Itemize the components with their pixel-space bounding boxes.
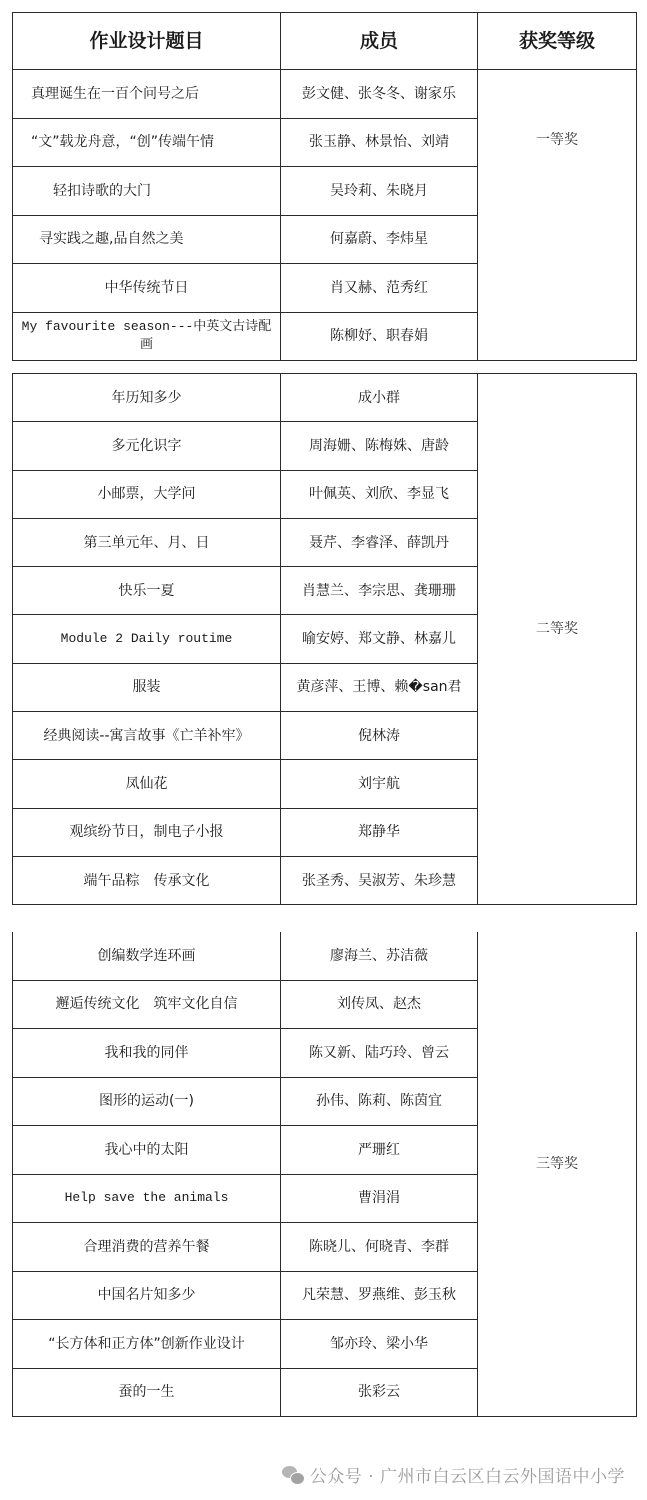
row-members: 聂芹、李睿泽、薛凯丹 [281, 518, 478, 566]
table-row: 创编数学连环画 廖海兰、苏洁薇 三等奖 [13, 932, 637, 980]
row-members: 叶佩英、刘欣、李显飞 [281, 470, 478, 518]
wechat-icon [282, 1466, 304, 1484]
row-members: 陈柳妤、职春娟 [281, 312, 478, 361]
row-members: 喻安婷、郑文静、林嘉儿 [281, 615, 478, 663]
table-row: 年历知多少 成小群 二等奖 [13, 374, 637, 422]
row-title: 真理诞生在一百个问号之后 [13, 70, 281, 119]
row-members: 曹涓涓 [281, 1174, 478, 1223]
row-title: 图形的运动(一) [13, 1077, 281, 1126]
awards-table-second-prize: 年历知多少 成小群 二等奖 多元化识字 周海姗、陈梅姝、唐龄 小邮票，大学问 叶… [12, 373, 637, 905]
row-title: 观缤纷节日，制电子小报 [13, 808, 281, 856]
row-title: “文”载龙舟意，“创”传端午情 [13, 118, 281, 167]
row-members: 邹亦玲、梁小华 [281, 1320, 478, 1369]
row-members: 陈晓儿、何晓青、李群 [281, 1223, 478, 1272]
row-members: 陈又新、陆巧玲、曾云 [281, 1029, 478, 1078]
row-members: 张玉静、林景怡、刘靖 [281, 118, 478, 167]
row-title: 多元化识字 [13, 422, 281, 470]
row-members: 何嘉蔚、李炜星 [281, 215, 478, 264]
row-title: 邂逅传统文化 筑牢文化自信 [13, 980, 281, 1029]
row-members: 刘宇航 [281, 760, 478, 808]
header-members: 成员 [281, 13, 478, 70]
row-members: 凡荣慧、罗燕维、彭玉秋 [281, 1271, 478, 1320]
wechat-account-watermark: 公众号 · 广州市白云区白云外国语中小学 [282, 1462, 625, 1487]
award-level: 三等奖 [478, 932, 637, 1417]
row-members: 周海姗、陈梅姝、唐龄 [281, 422, 478, 470]
table-header-row: 作业设计题目 成员 获奖等级 [13, 13, 637, 70]
row-title: 凤仙花 [13, 760, 281, 808]
row-title: 年历知多少 [13, 374, 281, 422]
row-members: 郑静华 [281, 808, 478, 856]
row-members: 肖又赫、范秀红 [281, 264, 478, 313]
row-members: 张圣秀、吴淑芳、朱珍慧 [281, 856, 478, 904]
row-title: Help save the animals [13, 1174, 281, 1223]
row-title: Module 2 Daily routime [13, 615, 281, 663]
row-members: 倪林涛 [281, 712, 478, 760]
row-members: 严珊红 [281, 1126, 478, 1175]
row-title: 第三单元年、月、日 [13, 518, 281, 566]
header-title: 作业设计题目 [13, 13, 281, 70]
awards-table-first-prize: 作业设计题目 成员 获奖等级 真理诞生在一百个问号之后 彭文健、张冬冬、谢家乐 … [12, 12, 637, 361]
row-members: 张彩云 [281, 1368, 478, 1417]
award-level: 一等奖 [478, 70, 637, 361]
footer-text: 公众号 · 广州市白云区白云外国语中小学 [310, 1462, 625, 1487]
row-title: My favourite season---中英文古诗配画 [13, 312, 281, 361]
table-row: 真理诞生在一百个问号之后 彭文健、张冬冬、谢家乐 一等奖 [13, 70, 637, 119]
row-members: 黄彦萍、王博、赖�san君 [281, 663, 478, 711]
row-members: 刘传凤、赵杰 [281, 980, 478, 1029]
row-title: 服装 [13, 663, 281, 711]
row-title: 寻实践之趣,品自然之美 [13, 215, 281, 264]
row-members: 成小群 [281, 374, 478, 422]
row-members: 吴玲莉、朱晓月 [281, 167, 478, 216]
row-title: 中华传统节日 [13, 264, 281, 313]
header-level: 获奖等级 [478, 13, 637, 70]
awards-table-third-prize: 创编数学连环画 廖海兰、苏洁薇 三等奖 邂逅传统文化 筑牢文化自信 刘传凤、赵杰… [12, 932, 637, 1417]
row-members: 肖慧兰、李宗思、龚珊珊 [281, 567, 478, 615]
row-title: 经典阅读--寓言故事《亡羊补牢》 [13, 712, 281, 760]
row-title: 端午品粽 传承文化 [13, 856, 281, 904]
row-title: 中国名片知多少 [13, 1271, 281, 1320]
row-title: 蚕的一生 [13, 1368, 281, 1417]
row-title: 小邮票，大学问 [13, 470, 281, 518]
row-title: “长方体和正方体”创新作业设计 [13, 1320, 281, 1369]
row-title: 我心中的太阳 [13, 1126, 281, 1175]
row-title: 我和我的同伴 [13, 1029, 281, 1078]
row-title: 快乐一夏 [13, 567, 281, 615]
row-title: 轻扣诗歌的大门 [13, 167, 281, 216]
row-title: 创编数学连环画 [13, 932, 281, 980]
award-level: 二等奖 [478, 374, 637, 905]
row-members: 廖海兰、苏洁薇 [281, 932, 478, 980]
row-members: 彭文健、张冬冬、谢家乐 [281, 70, 478, 119]
row-title: 合理消费的营养午餐 [13, 1223, 281, 1272]
row-members: 孙伟、陈莉、陈茵宜 [281, 1077, 478, 1126]
